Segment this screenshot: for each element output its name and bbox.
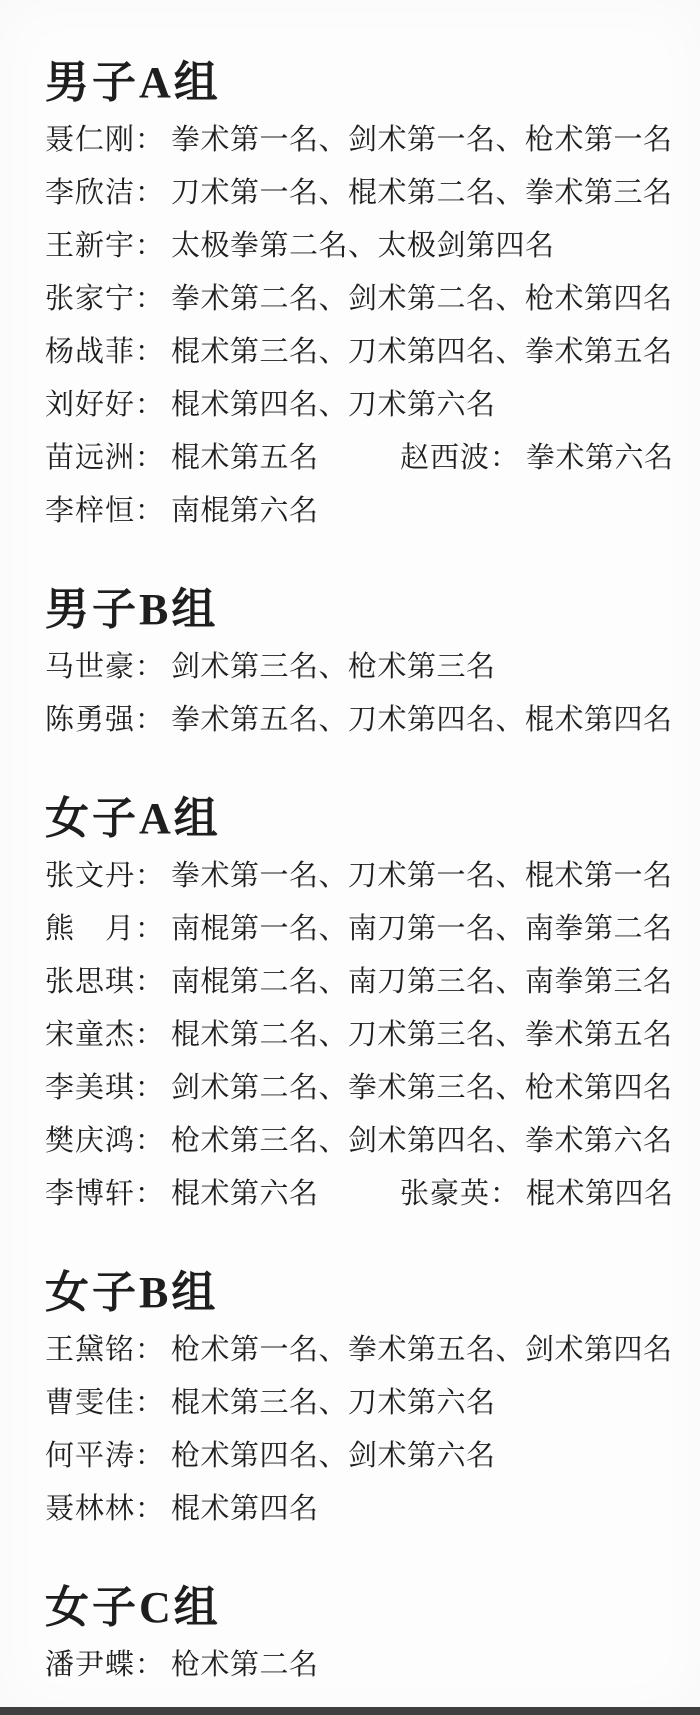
athlete-entry: 刘好好：棍术第四名、刀术第六名 bbox=[45, 379, 496, 432]
athlete-entry: 聂林林：棍术第四名 bbox=[45, 1483, 319, 1536]
name-colon: ： bbox=[135, 283, 164, 315]
result-row: 樊庆鸿：枪术第三名、剑术第四名、拳术第六名 bbox=[45, 1115, 670, 1168]
athlete-name: 李梓恒 bbox=[45, 495, 135, 527]
athlete-results: 拳术第一名、剑术第一名、枪术第一名 bbox=[171, 124, 673, 156]
athlete-entry: 李博轩：棍术第六名 bbox=[45, 1168, 400, 1221]
result-row: 宋童杰：棍术第二名、刀术第三名、拳术第五名 bbox=[45, 1009, 670, 1062]
athlete-results: 拳术第二名、剑术第二名、枪术第四名 bbox=[171, 283, 673, 315]
athlete-entry: 张思琪：南棍第二名、南刀第三名、南拳第三名 bbox=[45, 956, 673, 1009]
athlete-entry: 何平涛：枪术第四名、剑术第六名 bbox=[45, 1430, 496, 1483]
result-row: 苗远洲：棍术第五名赵西波：拳术第六名 bbox=[45, 432, 670, 485]
results-document: 男子A组聂仁刚：拳术第一名、剑术第一名、枪术第一名李欣洁：刀术第一名、棍术第二名… bbox=[0, 0, 700, 1715]
athlete-entry: 曹雯佳：棍术第三名、刀术第六名 bbox=[45, 1377, 496, 1430]
athlete-entry: 李梓恒：南棍第六名 bbox=[45, 485, 319, 538]
athlete-name: 王黛铭 bbox=[45, 1334, 135, 1366]
name-colon: ： bbox=[135, 177, 164, 209]
result-row: 李梓恒：南棍第六名 bbox=[45, 485, 670, 538]
bottom-edge-bar bbox=[0, 1707, 700, 1715]
group-section: 男子A组聂仁刚：拳术第一名、剑术第一名、枪术第一名李欣洁：刀术第一名、棍术第二名… bbox=[45, 59, 670, 538]
name-colon: ： bbox=[135, 1019, 164, 1051]
athlete-results: 枪术第三名、剑术第四名、拳术第六名 bbox=[171, 1125, 673, 1157]
athlete-name: 马世豪 bbox=[45, 651, 135, 683]
name-colon: ： bbox=[135, 1072, 164, 1104]
name-colon: ： bbox=[135, 495, 164, 527]
athlete-results: 剑术第二名、拳术第三名、枪术第四名 bbox=[171, 1072, 673, 1104]
result-row: 李美琪：剑术第二名、拳术第三名、枪术第四名 bbox=[45, 1062, 670, 1115]
athlete-entry: 苗远洲：棍术第五名 bbox=[45, 432, 400, 485]
name-colon: ： bbox=[490, 1178, 519, 1210]
athlete-entry: 张豪英：棍术第四名 bbox=[400, 1168, 674, 1221]
athlete-name: 陈勇强 bbox=[45, 704, 135, 736]
athlete-results: 剑术第三名、枪术第三名 bbox=[171, 651, 496, 683]
athlete-name: 苗远洲 bbox=[45, 442, 135, 474]
name-colon: ： bbox=[135, 1178, 164, 1210]
athlete-entry: 张家宁：拳术第二名、剑术第二名、枪术第四名 bbox=[45, 273, 673, 326]
name-colon: ： bbox=[135, 966, 164, 998]
group-title: 女子A组 bbox=[45, 795, 670, 843]
athlete-name: 张文丹 bbox=[45, 860, 135, 892]
athlete-entry: 樊庆鸿：枪术第三名、剑术第四名、拳术第六名 bbox=[45, 1115, 673, 1168]
name-colon: ： bbox=[490, 442, 519, 474]
athlete-results: 枪术第一名、拳术第五名、剑术第四名 bbox=[171, 1334, 673, 1366]
athlete-results: 南棍第一名、南刀第一名、南拳第二名 bbox=[171, 913, 673, 945]
athlete-entry: 杨战菲：棍术第三名、刀术第四名、拳术第五名 bbox=[45, 326, 673, 379]
name-colon: ： bbox=[135, 913, 164, 945]
athlete-name: 张豪英 bbox=[400, 1178, 490, 1210]
athlete-name: 宋童杰 bbox=[45, 1019, 135, 1051]
athlete-results: 棍术第五名 bbox=[171, 442, 319, 474]
name-colon: ： bbox=[135, 1649, 164, 1681]
athlete-name: 李欣洁 bbox=[45, 177, 135, 209]
result-row: 曹雯佳：棍术第三名、刀术第六名 bbox=[45, 1377, 670, 1430]
result-row: 熊 月：南棍第一名、南刀第一名、南拳第二名 bbox=[45, 903, 670, 956]
athlete-results: 棍术第二名、刀术第三名、拳术第五名 bbox=[171, 1019, 673, 1051]
result-row: 王黛铭：枪术第一名、拳术第五名、剑术第四名 bbox=[45, 1324, 670, 1377]
athlete-name: 聂仁刚 bbox=[45, 124, 135, 156]
athlete-entry: 潘尹蝶：枪术第二名 bbox=[45, 1639, 319, 1692]
athlete-results: 枪术第四名、剑术第六名 bbox=[171, 1440, 496, 1472]
result-row: 聂仁刚：拳术第一名、剑术第一名、枪术第一名 bbox=[45, 114, 670, 167]
athlete-results: 棍术第四名 bbox=[526, 1178, 674, 1210]
athlete-name: 樊庆鸿 bbox=[45, 1125, 135, 1157]
result-row: 聂林林：棍术第四名 bbox=[45, 1483, 670, 1536]
result-row: 马世豪：剑术第三名、枪术第三名 bbox=[45, 641, 670, 694]
athlete-results: 棍术第六名 bbox=[171, 1178, 319, 1210]
name-colon: ： bbox=[135, 389, 164, 421]
athlete-results: 棍术第四名、刀术第六名 bbox=[171, 389, 496, 421]
athlete-name: 刘好好 bbox=[45, 389, 135, 421]
athlete-results: 拳术第六名 bbox=[526, 442, 674, 474]
name-colon: ： bbox=[135, 1334, 164, 1366]
athlete-entry: 宋童杰：棍术第二名、刀术第三名、拳术第五名 bbox=[45, 1009, 673, 1062]
name-colon: ： bbox=[135, 230, 164, 262]
athlete-results: 拳术第五名、刀术第四名、棍术第四名 bbox=[171, 704, 673, 736]
athlete-entry: 李美琪：剑术第二名、拳术第三名、枪术第四名 bbox=[45, 1062, 673, 1115]
result-row: 李博轩：棍术第六名张豪英：棍术第四名 bbox=[45, 1168, 670, 1221]
athlete-results: 棍术第三名、刀术第四名、拳术第五名 bbox=[171, 336, 673, 368]
result-row: 杨战菲：棍术第三名、刀术第四名、拳术第五名 bbox=[45, 326, 670, 379]
group-title: 女子C组 bbox=[45, 1584, 670, 1632]
result-row: 张文丹：拳术第一名、刀术第一名、棍术第一名 bbox=[45, 850, 670, 903]
name-colon: ： bbox=[135, 1493, 164, 1525]
athlete-name: 赵西波 bbox=[400, 442, 490, 474]
athlete-entry: 聂仁刚：拳术第一名、剑术第一名、枪术第一名 bbox=[45, 114, 673, 167]
group-title: 男子A组 bbox=[45, 59, 670, 107]
group-section: 女子B组王黛铭：枪术第一名、拳术第五名、剑术第四名曹雯佳：棍术第三名、刀术第六名… bbox=[45, 1269, 670, 1536]
name-colon: ： bbox=[135, 442, 164, 474]
athlete-name: 何平涛 bbox=[45, 1440, 135, 1472]
name-colon: ： bbox=[135, 651, 164, 683]
name-colon: ： bbox=[135, 124, 164, 156]
name-colon: ： bbox=[135, 1440, 164, 1472]
athlete-results: 刀术第一名、棍术第二名、拳术第三名 bbox=[171, 177, 673, 209]
result-row: 张思琪：南棍第二名、南刀第三名、南拳第三名 bbox=[45, 956, 670, 1009]
athlete-results: 棍术第四名 bbox=[171, 1493, 319, 1525]
result-row: 张家宁：拳术第二名、剑术第二名、枪术第四名 bbox=[45, 273, 670, 326]
athlete-entry: 赵西波：拳术第六名 bbox=[400, 432, 674, 485]
athlete-entry: 王黛铭：枪术第一名、拳术第五名、剑术第四名 bbox=[45, 1324, 673, 1377]
athlete-name: 曹雯佳 bbox=[45, 1387, 135, 1419]
document-body: 男子A组聂仁刚：拳术第一名、剑术第一名、枪术第一名李欣洁：刀术第一名、棍术第二名… bbox=[0, 0, 700, 1692]
athlete-results: 南棍第六名 bbox=[171, 495, 319, 527]
athlete-name: 李博轩 bbox=[45, 1178, 135, 1210]
athlete-entry: 熊 月：南棍第一名、南刀第一名、南拳第二名 bbox=[45, 903, 673, 956]
athlete-name: 张家宁 bbox=[45, 283, 135, 315]
athlete-entry: 马世豪：剑术第三名、枪术第三名 bbox=[45, 641, 496, 694]
athlete-results: 枪术第二名 bbox=[171, 1649, 319, 1681]
athlete-name: 杨战菲 bbox=[45, 336, 135, 368]
group-title: 男子B组 bbox=[45, 586, 670, 634]
group-title: 女子B组 bbox=[45, 1269, 670, 1317]
athlete-results: 太极拳第二名、太极剑第四名 bbox=[171, 230, 555, 262]
athlete-results: 南棍第二名、南刀第三名、南拳第三名 bbox=[171, 966, 673, 998]
result-row: 李欣洁：刀术第一名、棍术第二名、拳术第三名 bbox=[45, 167, 670, 220]
athlete-entry: 陈勇强：拳术第五名、刀术第四名、棍术第四名 bbox=[45, 694, 673, 747]
name-colon: ： bbox=[135, 1387, 164, 1419]
result-row: 王新宇：太极拳第二名、太极剑第四名 bbox=[45, 220, 670, 273]
athlete-name: 熊 月 bbox=[45, 913, 135, 945]
athlete-entry: 王新宇：太极拳第二名、太极剑第四名 bbox=[45, 220, 555, 273]
group-section: 女子A组张文丹：拳术第一名、刀术第一名、棍术第一名熊 月：南棍第一名、南刀第一名… bbox=[45, 795, 670, 1221]
name-colon: ： bbox=[135, 704, 164, 736]
result-row: 刘好好：棍术第四名、刀术第六名 bbox=[45, 379, 670, 432]
result-row: 陈勇强：拳术第五名、刀术第四名、棍术第四名 bbox=[45, 694, 670, 747]
athlete-name: 李美琪 bbox=[45, 1072, 135, 1104]
group-section: 男子B组马世豪：剑术第三名、枪术第三名陈勇强：拳术第五名、刀术第四名、棍术第四名 bbox=[45, 586, 670, 747]
athlete-entry: 李欣洁：刀术第一名、棍术第二名、拳术第三名 bbox=[45, 167, 673, 220]
name-colon: ： bbox=[135, 860, 164, 892]
athlete-name: 聂林林 bbox=[45, 1493, 135, 1525]
name-colon: ： bbox=[135, 336, 164, 368]
name-colon: ： bbox=[135, 1125, 164, 1157]
result-row: 潘尹蝶：枪术第二名 bbox=[45, 1639, 670, 1692]
athlete-name: 张思琪 bbox=[45, 966, 135, 998]
athlete-entry: 张文丹：拳术第一名、刀术第一名、棍术第一名 bbox=[45, 850, 673, 903]
athlete-results: 棍术第三名、刀术第六名 bbox=[171, 1387, 496, 1419]
athlete-name: 潘尹蝶 bbox=[45, 1649, 135, 1681]
group-section: 女子C组潘尹蝶：枪术第二名 bbox=[45, 1584, 670, 1692]
result-row: 何平涛：枪术第四名、剑术第六名 bbox=[45, 1430, 670, 1483]
athlete-results: 拳术第一名、刀术第一名、棍术第一名 bbox=[171, 860, 673, 892]
athlete-name: 王新宇 bbox=[45, 230, 135, 262]
